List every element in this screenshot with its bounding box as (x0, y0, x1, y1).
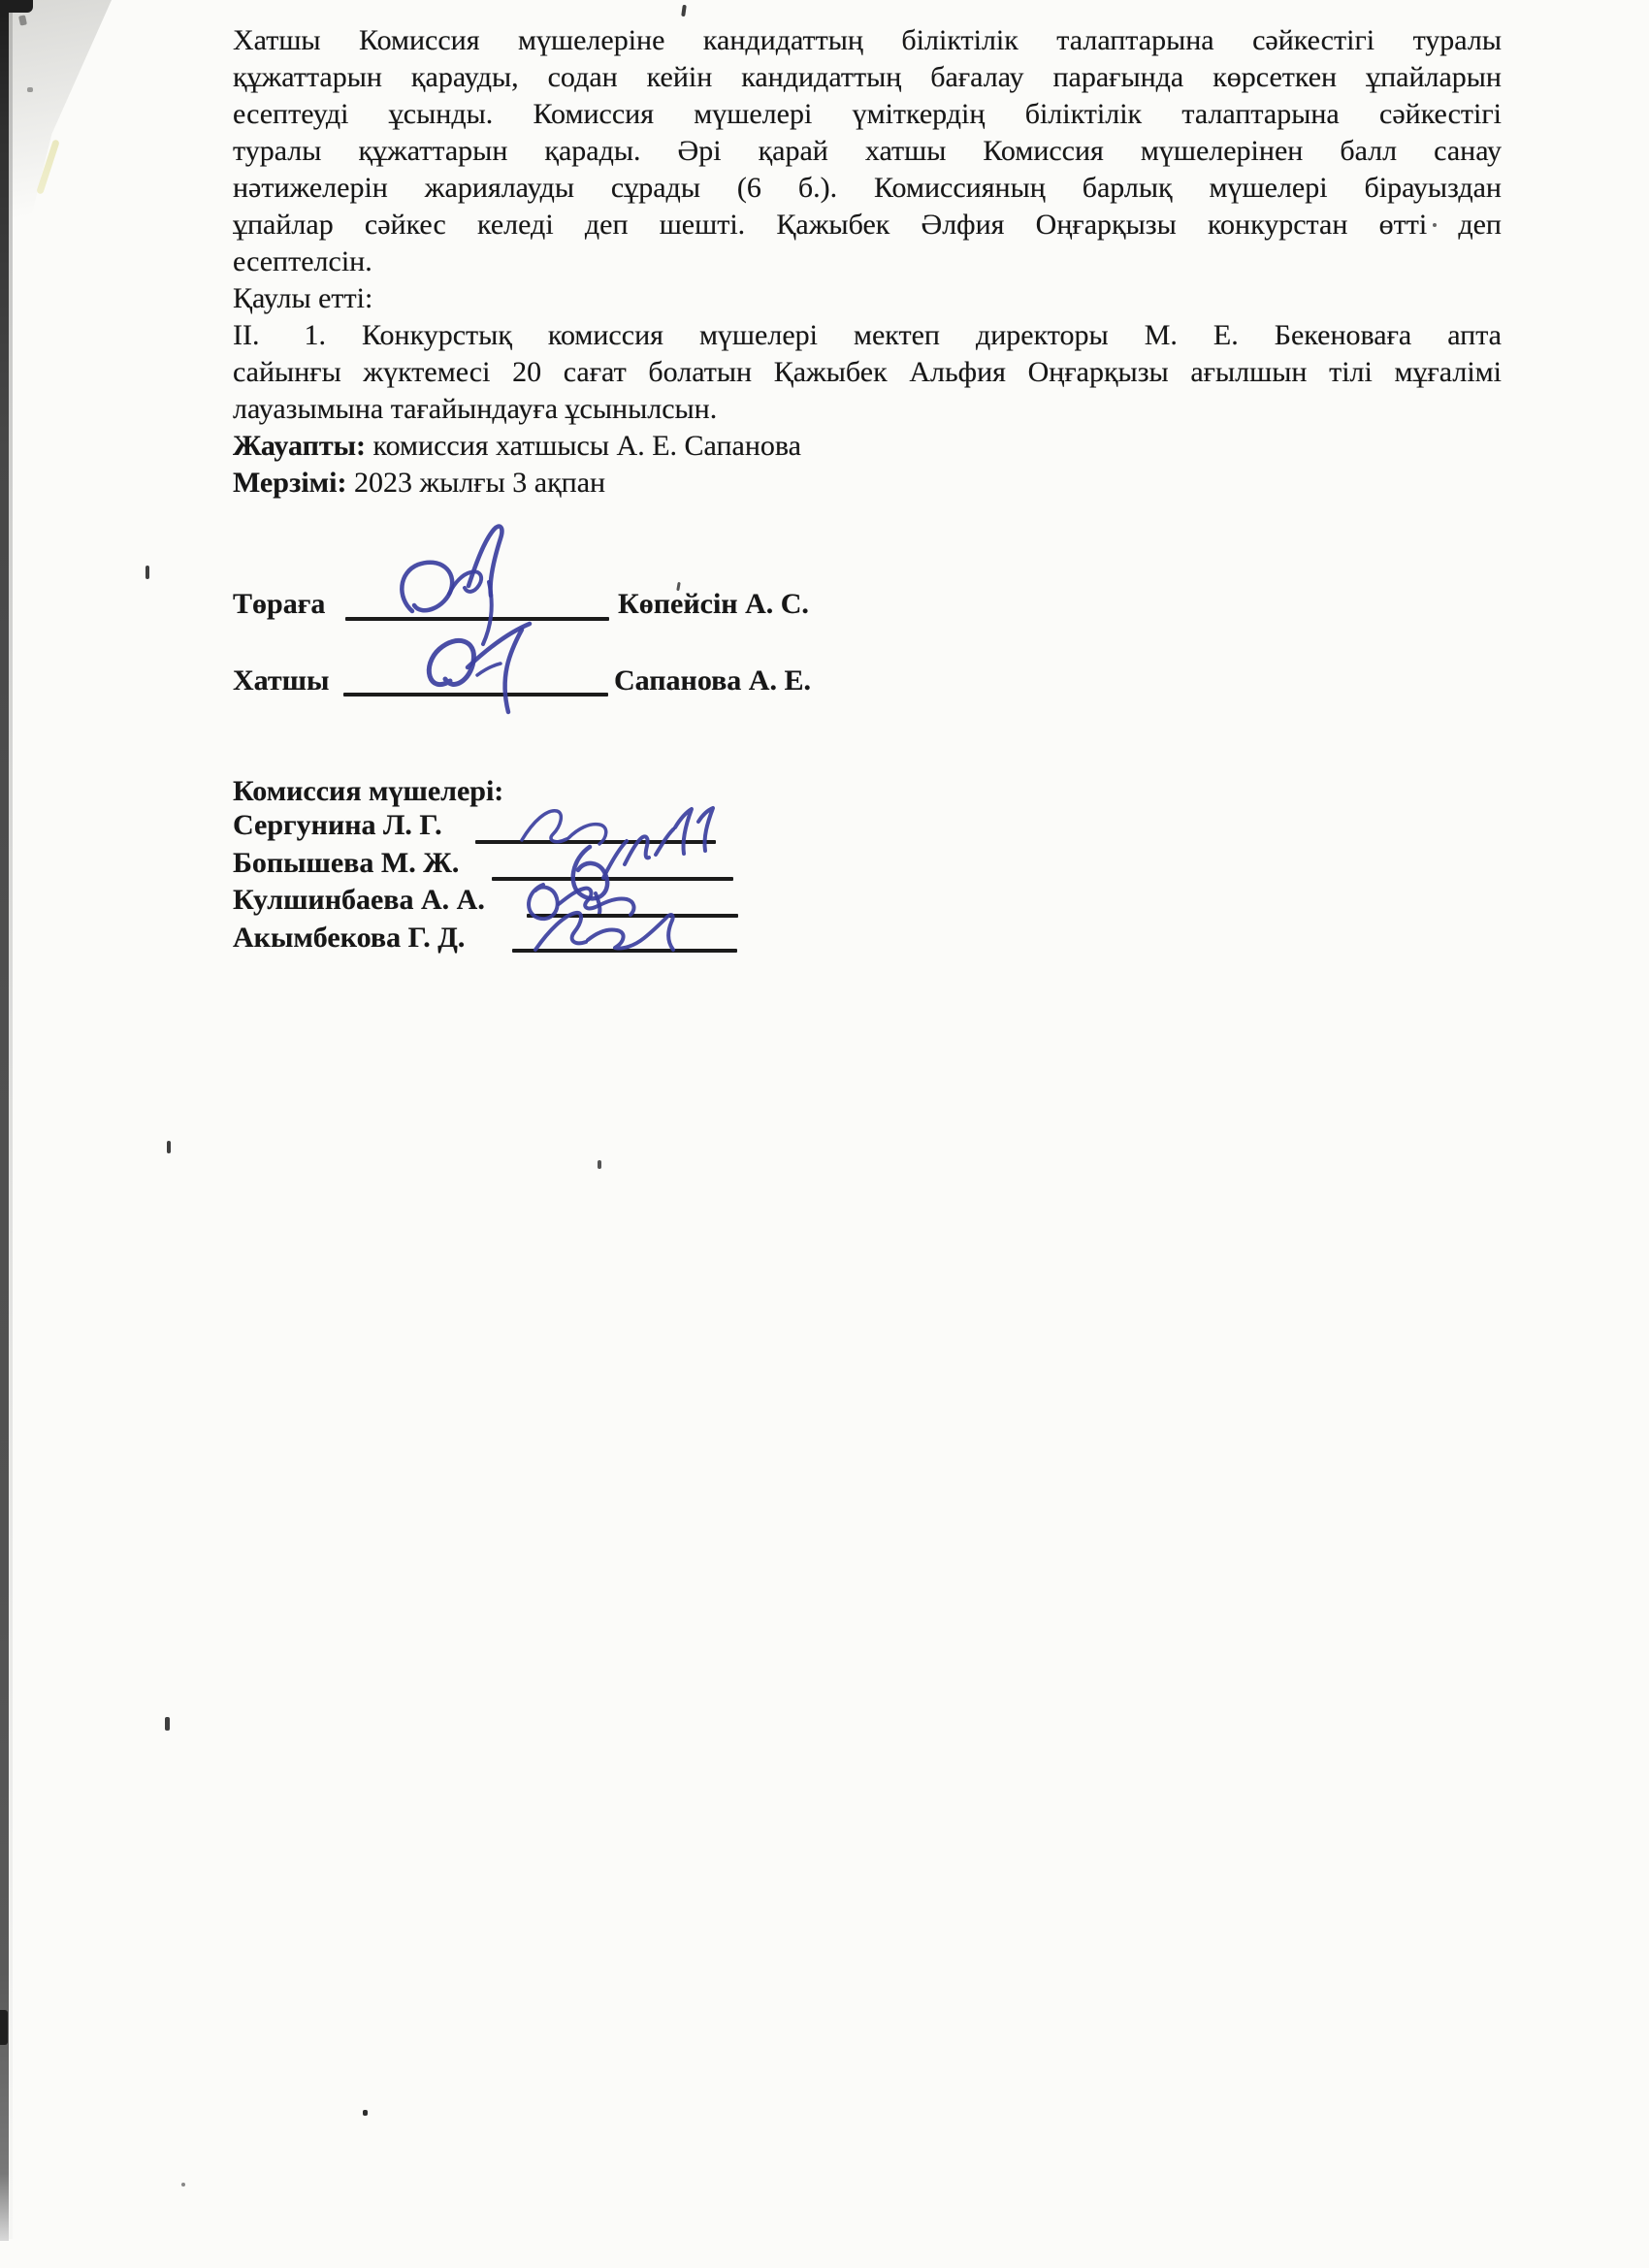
commission-heading: Комиссия мүшелері: (233, 773, 503, 810)
scan-left-edge-band (0, 0, 9, 2241)
member-name-4: Акымбекова Г. Д. (233, 920, 465, 956)
member-signature-4 (526, 905, 691, 961)
scan-tick-margin-3 (165, 1717, 170, 1731)
deadline-label: Мерзімі: (233, 467, 346, 499)
body-line-3: есептеуді ұсынды. Комиссия мүшелері үміт… (233, 96, 1502, 133)
body-line-10: сайынғы жүктемесі 20 сағат болатын Қажыб… (233, 354, 1502, 391)
scan-corner-shading (9, 0, 112, 257)
scan-tick-top (681, 5, 687, 16)
scan-left-edge-shadow (9, 0, 13, 2239)
responsible-label: Жауапты: (233, 430, 366, 462)
scan-corner-blob (0, 0, 33, 13)
member-name-3: Кулшинбаева А. А. (233, 882, 485, 919)
secretary-signature (415, 621, 551, 718)
body-line-7: есептелсін. (233, 243, 1502, 280)
body-line-12-responsible: Жауапты: комиссия хатшысы А. Е. Сапанова (233, 428, 1502, 465)
body-line-2: құжаттарын қарауды, содан кейін кандидат… (233, 59, 1502, 96)
member-name-2: Бопышева М. Ж. (233, 845, 459, 882)
body-line-8-decision-heading: Қаулы етті: (233, 280, 1502, 317)
secretary-name: Сапанова А. Е. (614, 663, 811, 699)
scan-tick-margin-1 (145, 566, 149, 579)
deadline-value: 2023 жылғы 3 ақпан (346, 467, 605, 499)
body-line-5: нәтижелерін жариялауды сұрады (6 б.). Ко… (233, 170, 1502, 207)
body-line-6: ұпайлар сәйкес келеді деп шешті. Қажыбек… (233, 207, 1502, 243)
chairman-label: Төраға (233, 586, 325, 623)
body-line-4: туралы құжаттарын қарады. Әрі қарай хатш… (233, 133, 1502, 170)
scan-tick-margin-2 (167, 1141, 171, 1153)
body-line-11: лауазымына тағайындауға ұсынылсын. (233, 391, 1502, 428)
decision-roman-numeral: ІІ. (233, 319, 259, 351)
body-line-1: Хатшы Комиссия мүшелеріне кандидаттың бі… (233, 22, 1502, 59)
chairman-name: Көпейсін А. С. (618, 586, 809, 623)
scan-dot-left (27, 87, 33, 92)
body-line-13-deadline: Мерзімі: 2023 жылғы 3 ақпан (233, 465, 1502, 502)
scanned-protocol-page: Хатшы Комиссия мүшелеріне кандидаттың бі… (0, 0, 1649, 2268)
member-name-1: Сергунина Л. Г. (233, 807, 442, 844)
scan-speck-bottom (363, 2110, 368, 2116)
decision-item-text: 1. Конкурстық комиссия мүшелері мектеп д… (304, 319, 1502, 351)
responsible-value: комиссия хатшысы А. Е. Сапанова (366, 430, 801, 462)
scan-speck-mid (598, 1160, 601, 1169)
scan-dot-bottom-left (181, 2183, 185, 2187)
scan-edge-blob-bottom (0, 2010, 8, 2045)
secretary-label: Хатшы (233, 663, 329, 699)
document-body: Хатшы Комиссия мүшелеріне кандидаттың бі… (233, 22, 1502, 502)
body-line-9: ІІ.1. Конкурстық комиссия мүшелері мекте… (233, 317, 1502, 354)
